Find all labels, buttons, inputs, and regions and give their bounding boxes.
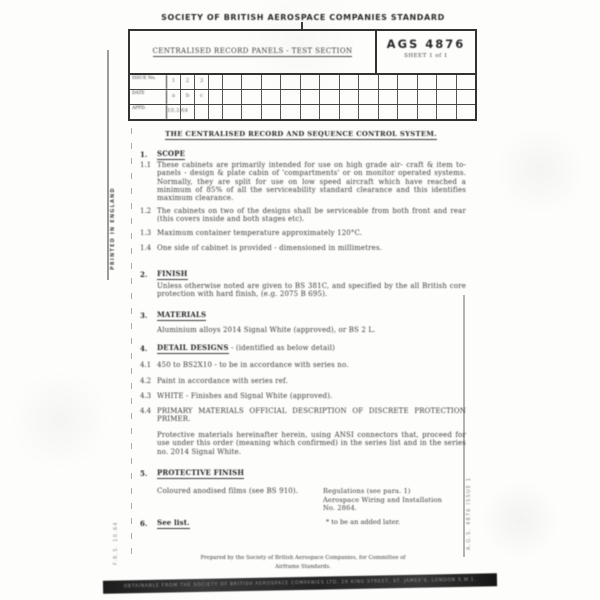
section-1-2-text: The cabinets on two of the designs shall… xyxy=(157,207,466,224)
section-5-reference-block: Regulations (see para. 1) Aerospace Wiri… xyxy=(315,487,466,513)
section-1-1: 1.1 These cabinets are primarily intende… xyxy=(140,161,466,202)
revision-cell: a xyxy=(167,90,181,104)
revision-cell xyxy=(320,90,339,104)
left-margin-rule xyxy=(131,128,132,560)
revision-cell: c xyxy=(195,90,209,104)
added-later-note: * to be an added later. xyxy=(278,518,448,526)
section-4-1-number: 4.1 xyxy=(140,361,157,369)
revision-cell xyxy=(398,105,417,119)
right-page-edge-artifact xyxy=(463,295,465,557)
standard-number: AGS 4876 xyxy=(377,37,475,51)
revision-cell xyxy=(209,105,223,119)
revision-cell xyxy=(457,75,475,89)
revision-cell xyxy=(301,90,320,104)
revision-cell xyxy=(281,90,300,104)
section-2-text: Unless otherwise noted are given to BS 3… xyxy=(157,282,466,299)
section-4-3: 4.3 WHITE - Finishes and Signal White (a… xyxy=(140,392,466,400)
revision-cell xyxy=(262,75,281,89)
section-1-2-number: 1.2 xyxy=(140,207,157,224)
section-5: 5. PROTECTIVE FINISH xyxy=(140,469,466,478)
revision-cell: b xyxy=(181,90,195,104)
section-1: 1. SCOPE xyxy=(140,150,466,159)
section-4-1-text: 450 to BS2X10 - to be in accordance with… xyxy=(157,361,466,369)
section-5-left-text: Coloured anodised films (see BS 910). xyxy=(157,487,315,513)
revision-cell: 10.3.64 xyxy=(167,105,181,119)
revision-cell xyxy=(340,105,359,119)
section-2-paragraph: Unless otherwise noted are given to BS 3… xyxy=(140,282,466,299)
revision-cell xyxy=(223,105,242,119)
body-heading: THE CENTRALISED RECORD AND SEQUENCE CONT… xyxy=(140,130,462,138)
scanned-document-page: SOCIETY OF BRITISH AEROSPACE COMPANIES S… xyxy=(0,0,600,600)
revision-cell xyxy=(340,75,359,89)
section-4-2-text: Paint in accordance with series ref. xyxy=(157,377,466,385)
printed-in-england-vertical-text: PRINTED IN ENGLAND xyxy=(110,85,116,270)
section-2-heading: FINISH xyxy=(157,269,188,280)
revision-cell xyxy=(195,105,209,119)
revision-cell xyxy=(437,75,456,89)
section-5-ref-line1: Regulations (see para. 1) xyxy=(323,487,466,496)
section-5-number: 5. xyxy=(140,469,157,478)
title-row: CENTRALISED RECORD PANELS - TEST SECTION… xyxy=(130,31,475,75)
section-1-number: 1. xyxy=(140,150,157,159)
standard-number-cell: AGS 4876 SHEET 1 of 1 xyxy=(377,31,475,73)
section-3-text: Aluminium alloys 2014 Signal White (appr… xyxy=(157,326,466,334)
obtainable-from-bar: OBTAINABLE FROM THE SOCIETY OF BRITISH A… xyxy=(103,573,497,594)
revision-cell xyxy=(320,105,339,119)
revision-cell xyxy=(418,90,437,104)
standard-header-title: SOCIETY OF BRITISH AEROSPACE COMPANIES S… xyxy=(128,13,478,22)
revision-cell: 3 xyxy=(195,75,209,89)
section-3: 3. MATERIALS xyxy=(140,311,466,320)
footer-committee: Airframe Standards. xyxy=(128,564,478,570)
revision-row-label: DATE xyxy=(130,90,167,104)
section-2: 2. FINISH xyxy=(140,270,466,279)
section-4-heading-tail: - (identified as below detail) xyxy=(229,344,335,352)
revision-cell xyxy=(209,75,223,89)
revision-table: ISSUE No.123DATEabcAPPD.10.3.64 xyxy=(130,75,475,119)
section-1-1-text: These cabinets are primarily intended fo… xyxy=(157,161,466,202)
revision-cell xyxy=(242,90,261,104)
revision-cell xyxy=(301,75,320,89)
revision-cell xyxy=(379,75,398,89)
left-page-edge-artifact xyxy=(107,50,109,280)
revision-row: APPD.10.3.64 xyxy=(130,105,475,119)
revision-cell xyxy=(281,105,300,119)
revision-cell xyxy=(418,105,437,119)
section-4-4-number: 4.4 xyxy=(140,407,157,424)
section-4-3-text: WHITE - Finishes and Signal White (appro… xyxy=(157,392,466,400)
document-title: CENTRALISED RECORD PANELS - TEST SECTION xyxy=(153,47,353,57)
section-1-4-text: One side of cabinet is provided - dimens… xyxy=(157,244,466,252)
section-5-ref-line3: No. 2864. xyxy=(323,504,466,513)
title-block: CENTRALISED RECORD PANELS - TEST SECTION… xyxy=(128,29,477,121)
section-4-paragraph-text: Protective materials hereinafter herein,… xyxy=(157,431,466,456)
revision-cell xyxy=(223,75,242,89)
section-4: 4. DETAIL DESIGNS - (identified as below… xyxy=(140,344,466,353)
revision-cell xyxy=(359,105,378,119)
section-4-4-text: PRIMARY MATERIALS OFFICIAL DESCRIPTION O… xyxy=(157,407,466,424)
revision-cell xyxy=(437,105,456,119)
section-1-heading: SCOPE xyxy=(157,149,185,160)
body-heading-text: THE CENTRALISED RECORD AND SEQUENCE CONT… xyxy=(165,130,437,140)
section-4-1: 4.1 450 to BS2X10 - to be in accordance … xyxy=(140,361,466,369)
section-5-heading: PROTECTIVE FINISH xyxy=(157,468,244,479)
footer-prepared-by: Prepared by the Society of British Aeros… xyxy=(128,555,478,561)
revision-row-label: APPD. xyxy=(130,105,167,119)
revision-cell xyxy=(359,90,378,104)
section-1-1-number: 1.1 xyxy=(140,161,157,202)
revision-cell xyxy=(223,90,242,104)
revision-cell: 2 xyxy=(181,75,195,89)
section-4-2-number: 4.2 xyxy=(140,377,157,385)
revision-cell xyxy=(262,105,281,119)
section-4-4: 4.4 PRIMARY MATERIALS OFFICIAL DESCRIPTI… xyxy=(140,407,466,424)
section-4-paragraph: Protective materials hereinafter herein,… xyxy=(140,431,466,456)
revision-cell xyxy=(209,90,223,104)
revision-row-label: ISSUE No. xyxy=(130,75,167,89)
revision-cell xyxy=(418,75,437,89)
revision-row: ISSUE No.123 xyxy=(130,75,475,90)
revision-row: DATEabc xyxy=(130,90,475,105)
revision-cell xyxy=(281,75,300,89)
revision-cell xyxy=(242,105,261,119)
section-1-4: 1.4 One side of cabinet is provided - di… xyxy=(140,244,466,252)
sheet-label: SHEET 1 of 1 xyxy=(377,53,475,59)
revision-cell xyxy=(359,75,378,89)
section-4-number: 4. xyxy=(140,344,157,353)
section-1-2: 1.2 The cabinets on two of the designs s… xyxy=(140,207,466,224)
section-4-heading: DETAIL DESIGNS xyxy=(157,343,229,354)
revision-cell xyxy=(262,90,281,104)
section-4-3-number: 4.3 xyxy=(140,392,157,400)
right-margin-vertical-text: A.G.S. 4876 ISSUE 1 xyxy=(466,305,472,550)
revision-cell xyxy=(340,90,359,104)
document-title-cell: CENTRALISED RECORD PANELS - TEST SECTION xyxy=(130,31,377,73)
revision-cell xyxy=(437,90,456,104)
left-margin-lower-vertical-text: F.R.S. 10.64 xyxy=(113,430,119,565)
section-1-3-number: 1.3 xyxy=(140,229,157,237)
section-2-number: 2. xyxy=(140,270,157,279)
section-1-3: 1.3 Maximum container temperature approx… xyxy=(140,229,466,237)
revision-cell xyxy=(379,105,398,119)
revision-cell xyxy=(398,90,417,104)
revision-cell xyxy=(242,75,261,89)
revision-cell xyxy=(320,75,339,89)
section-5-paragraph: Coloured anodised films (see BS 910). Re… xyxy=(140,487,466,513)
revision-cell xyxy=(301,105,320,119)
section-6-number: 6. xyxy=(140,519,157,528)
section-1-3-text: Maximum container temperature approximat… xyxy=(157,229,466,237)
section-6-heading: See list. xyxy=(157,518,190,529)
revision-cell: 1 xyxy=(167,75,181,89)
section-3-paragraph: Aluminium alloys 2014 Signal White (appr… xyxy=(140,326,466,334)
section-3-number: 3. xyxy=(140,311,157,320)
section-3-heading: MATERIALS xyxy=(157,310,206,321)
revision-cell xyxy=(457,90,475,104)
revision-cell xyxy=(457,105,475,119)
revision-cell xyxy=(398,75,417,89)
section-4-2: 4.2 Paint in accordance with series ref. xyxy=(140,377,466,385)
revision-cell xyxy=(379,90,398,104)
section-5-ref-line2: Aerospace Wiring and Installation xyxy=(323,496,466,505)
section-1-4-number: 1.4 xyxy=(140,244,157,252)
